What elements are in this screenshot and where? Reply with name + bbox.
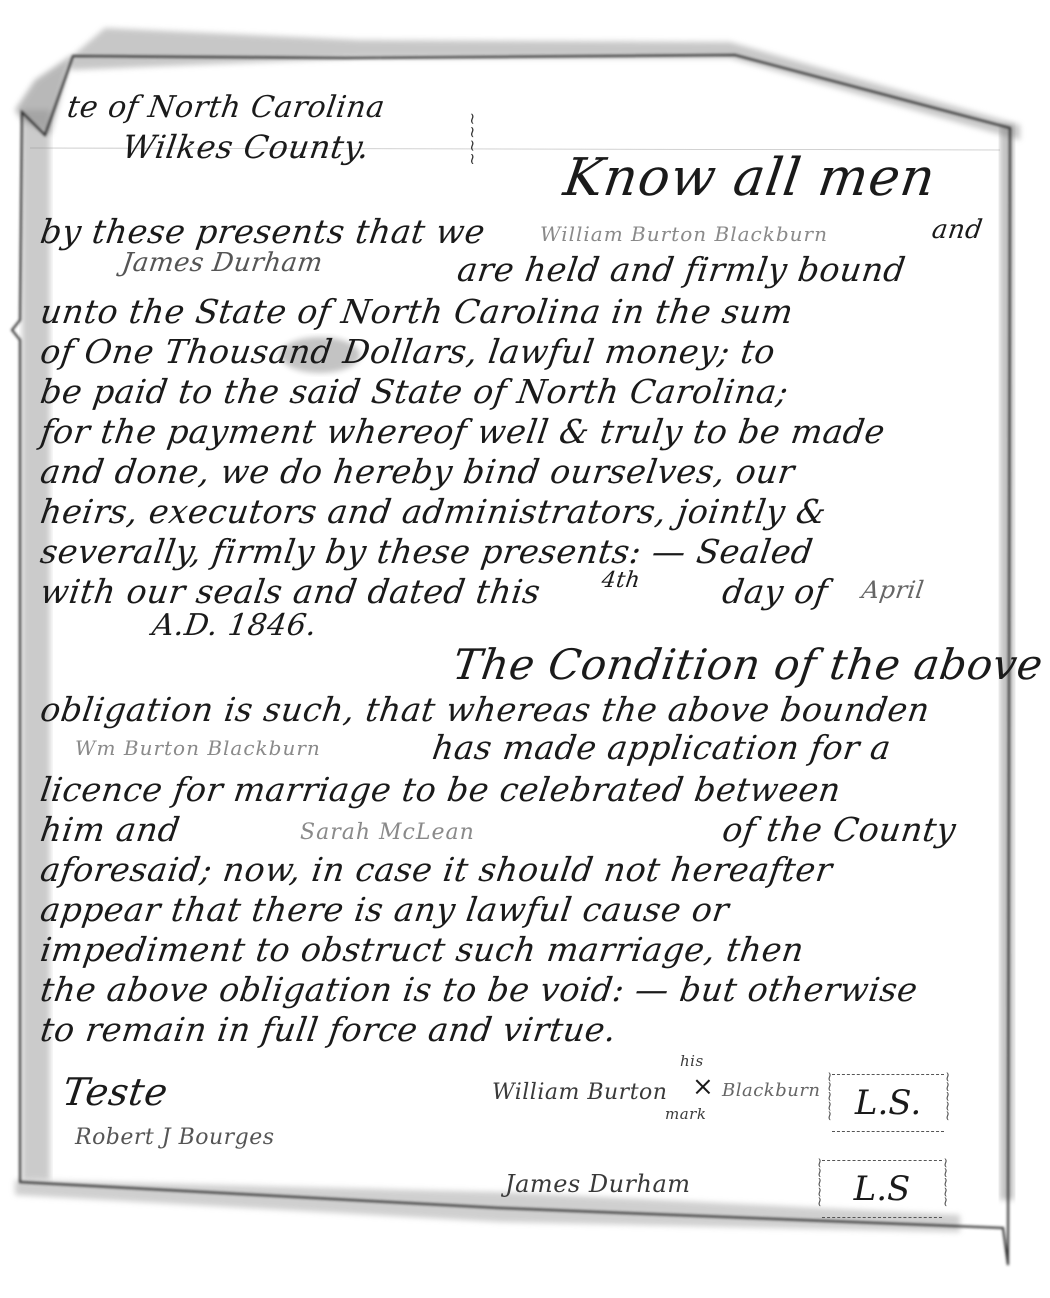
heading-know-all-men: Know all men	[560, 148, 939, 208]
witness-label: Teste	[60, 1070, 171, 1114]
header-state: te of North Carolina	[65, 90, 387, 125]
bride-name: Sarah McLean	[300, 820, 475, 845]
seal-2: L.S	[822, 1160, 942, 1218]
surety-name: James Durham	[120, 248, 325, 278]
heading-condition: The Condition of the above	[450, 640, 1046, 689]
body-line: aforesaid; now, in case it should not he…	[38, 850, 835, 889]
body-line: impediment to obstruct such marriage, th…	[38, 930, 807, 969]
body-line: day of	[720, 572, 830, 611]
body-line: obligation is such, that whereas the abo…	[38, 690, 932, 729]
body-line: with our seals and dated this	[38, 572, 543, 611]
date-month: April	[860, 576, 926, 604]
seal-1: L.S.	[832, 1074, 944, 1132]
body-line: by these presents that we	[38, 212, 488, 251]
body-line: heirs, executors and administrators, joi…	[38, 492, 829, 531]
body-line: him and	[38, 810, 183, 849]
body-line: of the County	[720, 810, 959, 849]
header-county: Wilkes County.	[120, 128, 372, 166]
date-day: 4th	[600, 568, 642, 593]
signer1-last-name: Blackburn	[722, 1080, 821, 1101]
signer1-mark-symbol: ×	[692, 1072, 714, 1102]
witness-signature: Robert J Bourges	[75, 1125, 275, 1150]
signer1-first-name: William Burton	[492, 1080, 667, 1105]
signer1-mark-label: mark	[665, 1105, 706, 1123]
scanned-document: te of North Carolina Wilkes County. ~~~~…	[0, 0, 1050, 1298]
body-line: to remain in full force and virtue.	[38, 1010, 619, 1049]
body-line: has made application for a	[430, 728, 894, 767]
body-line: licence for marriage to be celebrated be…	[38, 770, 843, 809]
date-year: A.D. 1846.	[150, 608, 319, 643]
header-brace: ~~~~	[465, 112, 479, 166]
body-line: are held and firmly bound	[455, 250, 908, 289]
body-line: appear that there is any lawful cause or	[38, 890, 732, 929]
body-line: unto the State of North Carolina in the …	[38, 292, 796, 331]
signer1-mark-his: his	[680, 1052, 704, 1070]
body-line: the above obligation is to be void: — bu…	[38, 970, 920, 1009]
signer2-signature: James Durham	[505, 1170, 691, 1198]
body-line: severally, firmly by these presents: — S…	[38, 532, 816, 571]
body-line: and	[930, 215, 985, 245]
principal-name: William Burton Blackburn	[540, 222, 828, 246]
body-line: be paid to the said State of North Carol…	[38, 372, 791, 411]
applicant-name: Wm Burton Blackburn	[75, 736, 321, 760]
body-line: and done, we do hereby bind ourselves, o…	[38, 452, 797, 491]
body-line: of One Thousand Dollars, lawful money; t…	[38, 332, 778, 371]
body-line: for the payment whereof well & truly to …	[38, 412, 888, 451]
